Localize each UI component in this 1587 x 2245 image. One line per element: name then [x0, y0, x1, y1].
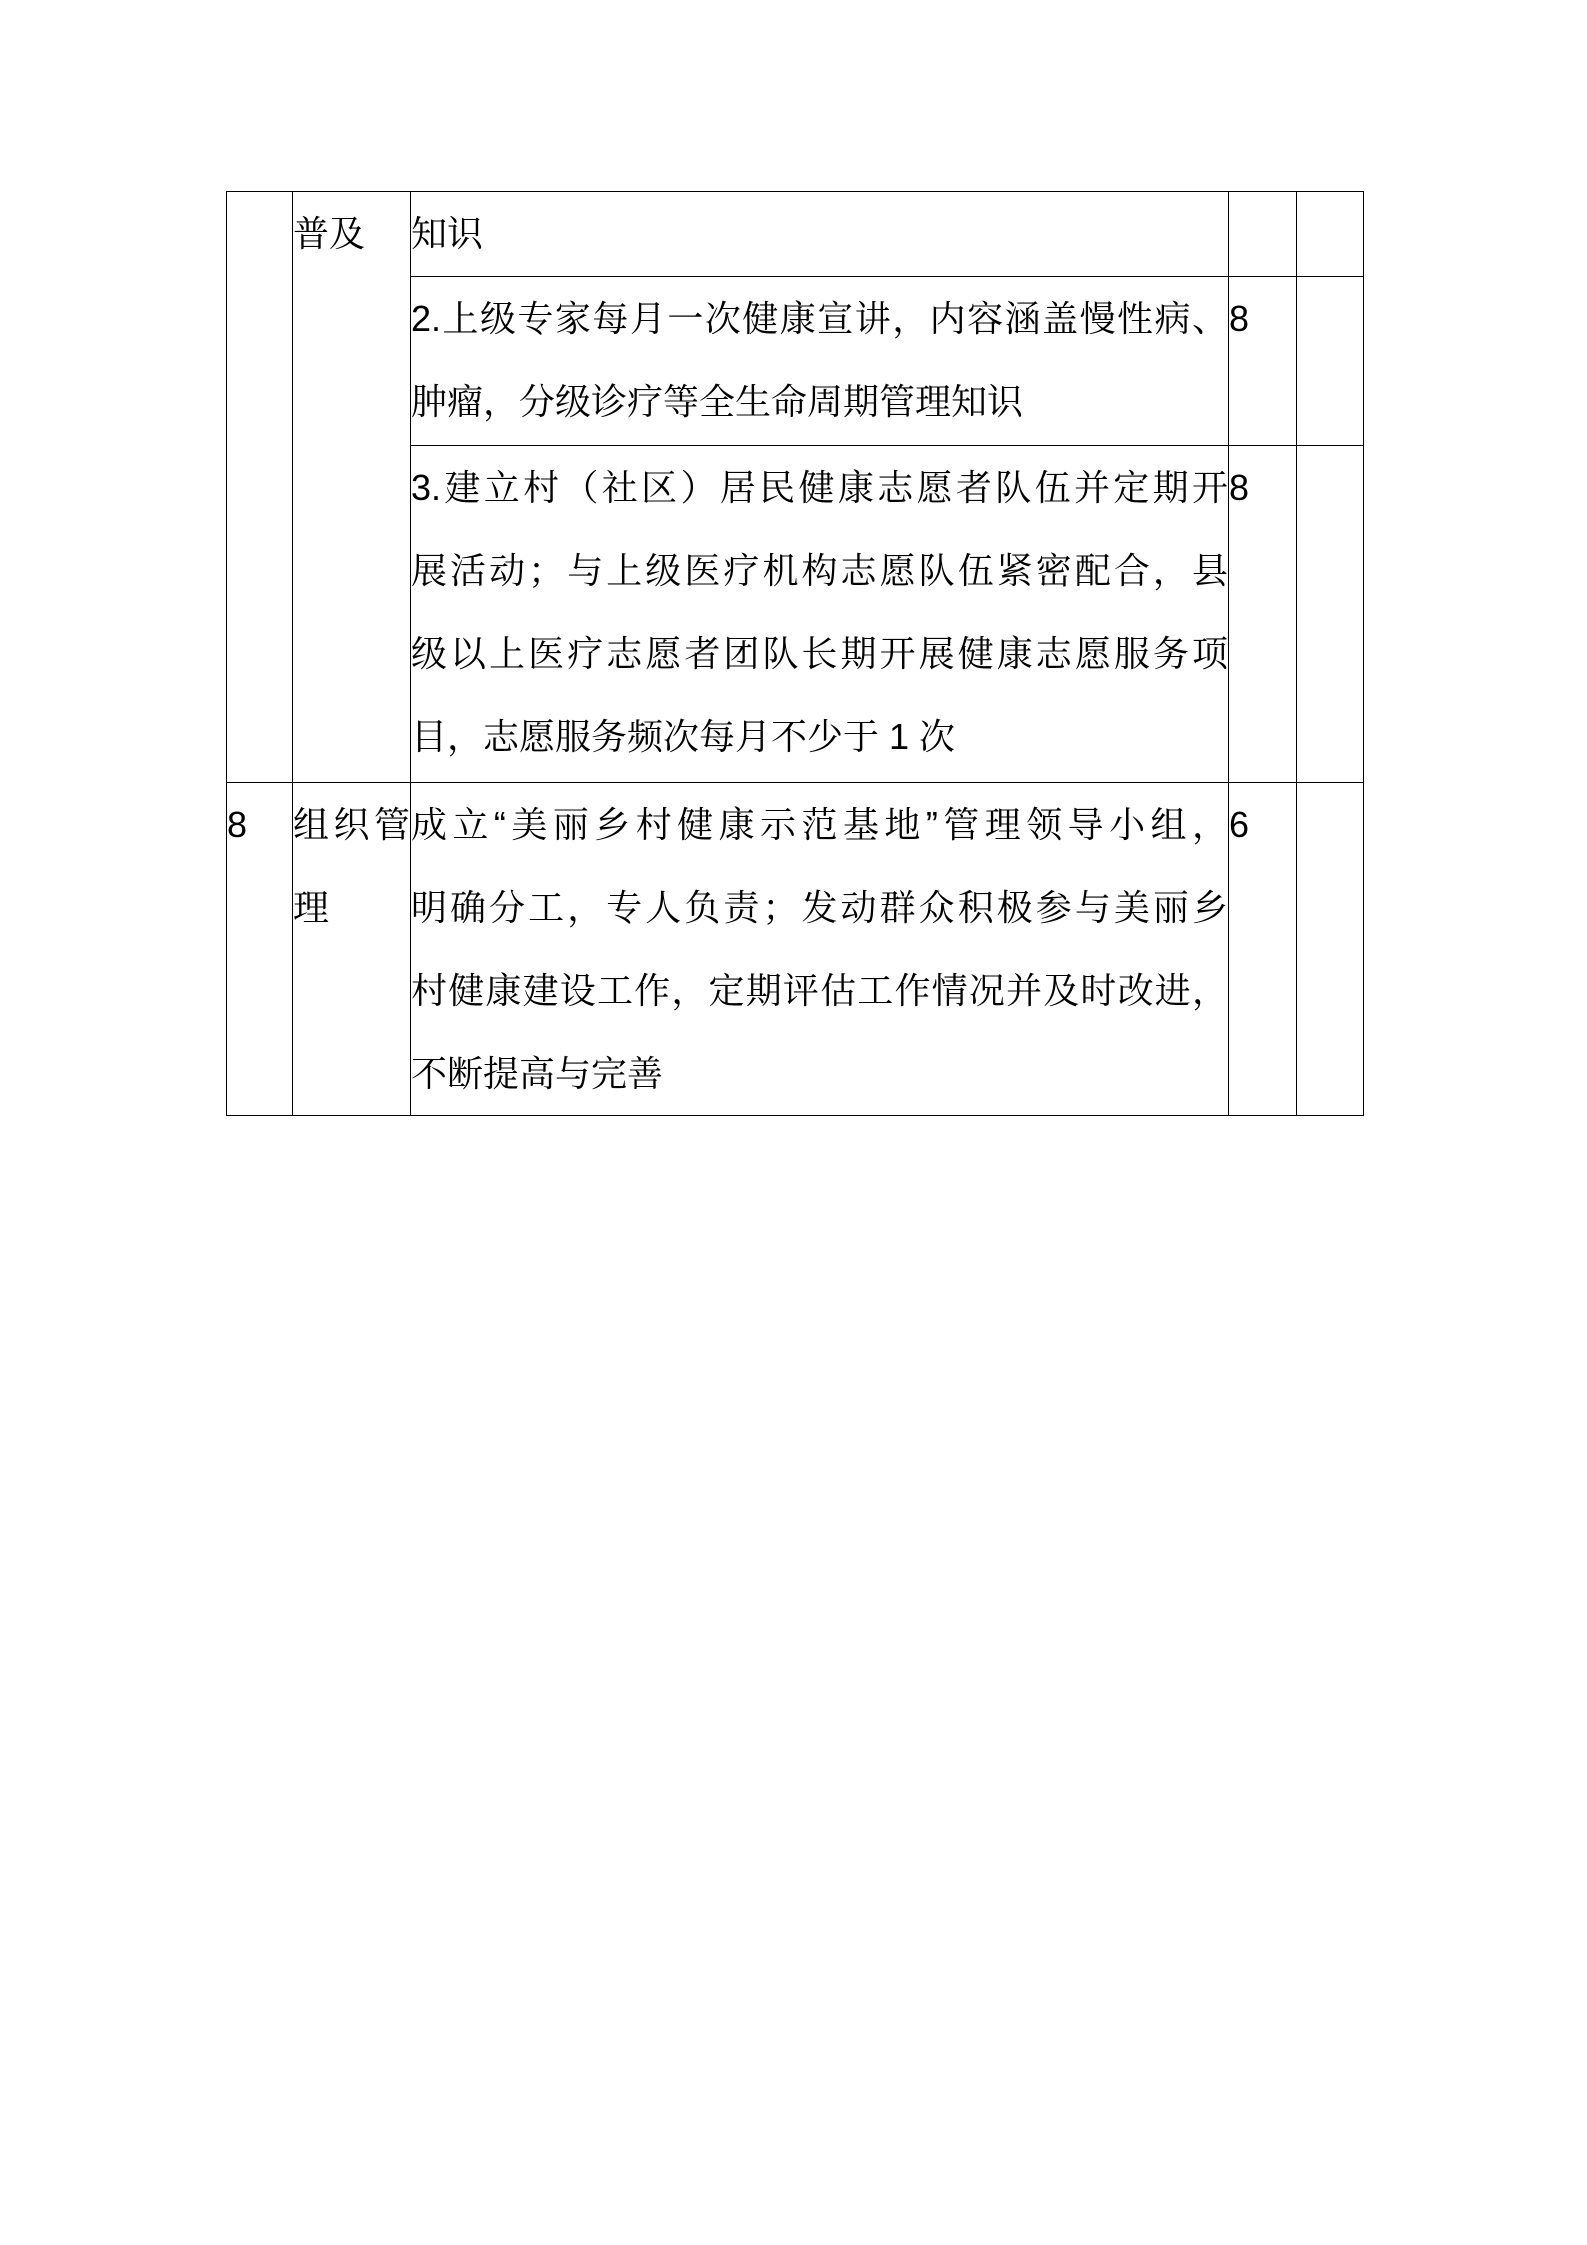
criteria-cell: 知识: [411, 192, 1229, 277]
category-cell: 普及: [293, 192, 411, 783]
criteria-text-line: 知识: [411, 192, 1228, 275]
criteria-cell: 2.上级专家每月一次健康宣讲，内容涵盖慢性病、 肿瘤，分级诊疗等全生命周期管理知…: [411, 277, 1229, 446]
criteria-text-line: 村健康建设工作，定期评估工作情况并及时改进，: [411, 949, 1228, 1032]
score-cell: 6: [1229, 783, 1297, 1116]
score-cell: 8: [1229, 446, 1297, 783]
score-cell: 8: [1229, 277, 1297, 446]
criteria-text-line: 明确分工，专人负责；发动群众积极参与美丽乡: [411, 866, 1228, 949]
remark-cell: [1297, 277, 1364, 446]
criteria-table: 普及 知识 2.上级专家每月一次健康宣讲，内容涵盖慢性病、 肿瘤，分级诊疗等全生…: [226, 191, 1364, 1116]
remark-cell: [1297, 446, 1364, 783]
remark-cell: [1297, 783, 1364, 1116]
criteria-text-line: 3.建立村（社区）居民健康志愿者队伍并定期开: [411, 446, 1228, 529]
table-row: 普及 知识: [227, 192, 1364, 277]
remark-cell: [1297, 192, 1364, 277]
criteria-cell: 成立“美丽乡村健康示范基地”管理领导小组， 明确分工，专人负责；发动群众积极参与…: [411, 783, 1229, 1116]
table-row: 8 组织管理 成立“美丽乡村健康示范基地”管理领导小组， 明确分工，专人负责；发…: [227, 783, 1364, 1116]
criteria-text-line: 级以上医疗志愿者团队长期开展健康志愿服务项: [411, 612, 1228, 695]
criteria-cell: 3.建立村（社区）居民健康志愿者队伍并定期开 展活动；与上级医疗机构志愿队伍紧密…: [411, 446, 1229, 783]
criteria-text-line: 2.上级专家每月一次健康宣讲，内容涵盖慢性病、: [411, 277, 1228, 360]
criteria-text-line: 展活动；与上级医疗机构志愿队伍紧密配合，县: [411, 529, 1228, 612]
item-number-cell: 8: [227, 783, 293, 1116]
criteria-text-line: 成立“美丽乡村健康示范基地”管理领导小组，: [411, 783, 1228, 866]
score-cell: [1229, 192, 1297, 277]
item-number-cell: [227, 192, 293, 783]
document-page: 普及 知识 2.上级专家每月一次健康宣讲，内容涵盖慢性病、 肿瘤，分级诊疗等全生…: [0, 0, 1587, 2245]
criteria-text-line: 目，志愿服务频次每月不少于 1 次: [411, 695, 1228, 778]
category-cell: 组织管理: [293, 783, 411, 1116]
criteria-text-line: 肿瘤，分级诊疗等全生命周期管理知识: [411, 360, 1228, 443]
criteria-text-line: 不断提高与完善: [411, 1032, 1228, 1115]
